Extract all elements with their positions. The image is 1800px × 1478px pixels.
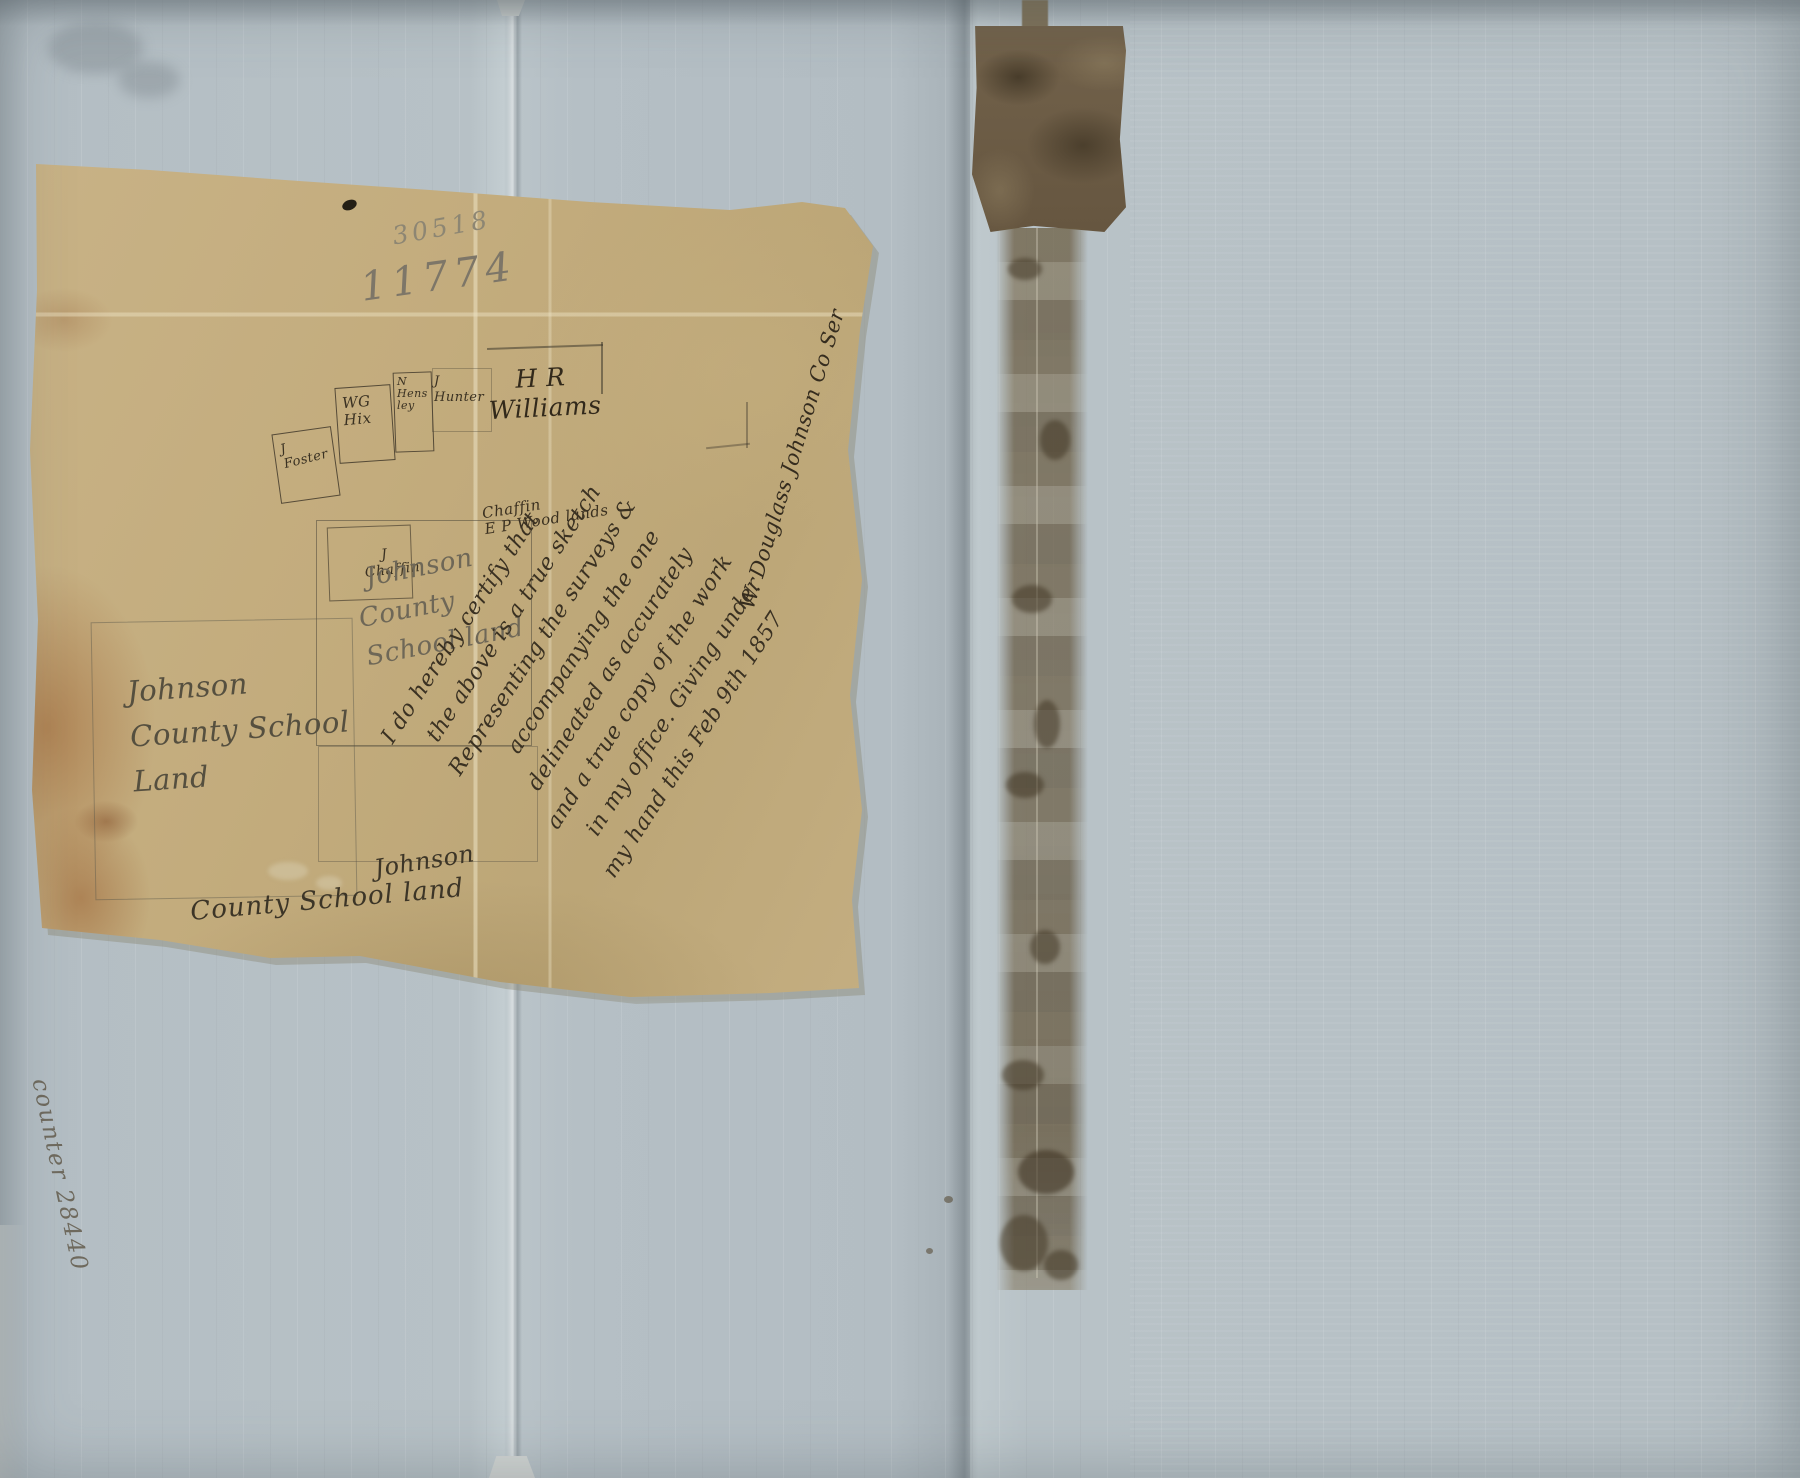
glue-stain-crease xyxy=(1036,228,1038,1278)
binding-fold-shadow xyxy=(948,0,978,1478)
stain-blotch xyxy=(1030,930,1060,964)
glue-stain-streak xyxy=(996,228,1088,1290)
gray-smudge xyxy=(118,62,180,98)
stain-blotch xyxy=(1044,1250,1078,1280)
tape-patch xyxy=(972,26,1126,232)
plot-label-school-land-left: Johnson County School Land xyxy=(126,654,355,804)
tape-remnant-top xyxy=(1022,0,1048,30)
stain-blotch xyxy=(1008,258,1042,280)
stain-blotch xyxy=(1006,772,1044,798)
top-edge-shadow xyxy=(0,0,1800,26)
stain-blotch xyxy=(1012,585,1052,613)
paper-texture xyxy=(1130,0,1800,1478)
stain-blotch xyxy=(1000,1215,1048,1271)
ink-speck xyxy=(944,1196,953,1203)
stain-blotch xyxy=(1018,1150,1074,1194)
plot-label-hensley: N Hens ley xyxy=(397,376,428,412)
stain-blotch xyxy=(1040,420,1070,460)
ink-speck xyxy=(926,1248,933,1254)
page-edge-highlight xyxy=(0,1225,26,1478)
stain-blotch xyxy=(1034,700,1060,748)
stain-blotch xyxy=(1002,1060,1044,1090)
survey-sketch-paper: 30518 11774 WG Hix N Hens ley J Hunter H… xyxy=(30,150,878,1000)
plot-label-hunter: J Hunter xyxy=(434,374,484,407)
plot-label-wg-hix: WG Hix xyxy=(342,393,373,430)
scanned-ledger-page: counter 28440 30518 11774 WG Hix N Hens … xyxy=(0,0,1800,1478)
